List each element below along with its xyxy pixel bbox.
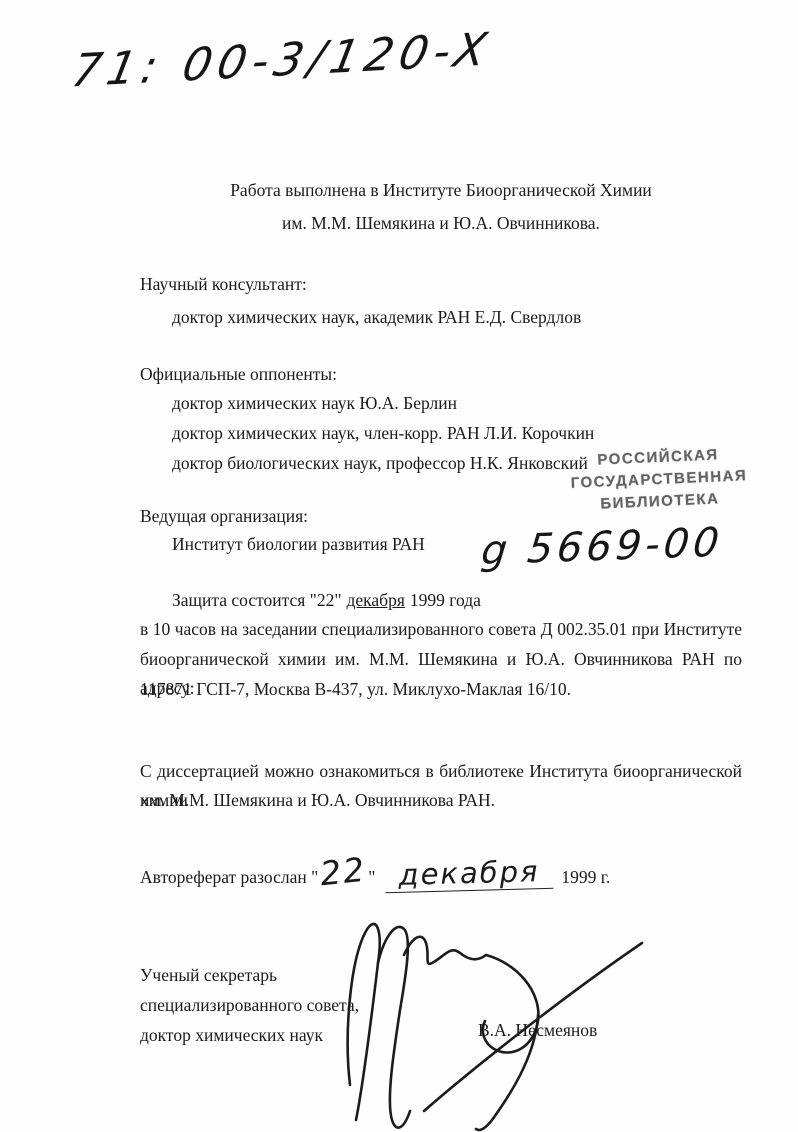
leading-org-heading: Ведущая организация: bbox=[140, 502, 308, 531]
mailed-typed-pre: Автореферат разослан " bbox=[140, 867, 318, 888]
work-performed-line1: Работа выполнена в Институте Биоорганиче… bbox=[140, 176, 742, 205]
consultant-name: доктор химических наук, академик РАН Е.Д… bbox=[172, 303, 581, 332]
defense-paragraph-line: в 10 часов на заседании специализированн… bbox=[140, 615, 742, 644]
defense-date-pre: Защита состоится "22" bbox=[172, 590, 341, 610]
consultant-heading: Научный консультант: bbox=[140, 270, 307, 299]
work-performed-line2: им. М.М. Шемякина и Ю.А. Овчинникова. bbox=[140, 209, 742, 238]
library-note-line: им. М.М. Шемякина и Ю.А. Овчинникова РАН… bbox=[140, 786, 495, 815]
signature-autograph bbox=[320, 915, 650, 1132]
defense-date-post: 1999 года bbox=[410, 590, 481, 610]
defense-address-line: 117871 ГСП-7, Москва В-437, ул. Миклухо-… bbox=[140, 675, 571, 704]
opponent-item: доктор биологических наук, профессор Н.К… bbox=[172, 449, 588, 478]
library-stamp: РОССИЙСКАЯ ГОСУДАРСТВЕННАЯ БИБЛИОТЕКА bbox=[548, 442, 771, 518]
mailed-typed-mid: " bbox=[368, 867, 375, 888]
mailed-date-line: Автореферат разослан " 22 " декабря 1999… bbox=[140, 852, 610, 904]
handwritten-month: декабря bbox=[385, 854, 554, 893]
secretary-line: Ученый секретарь bbox=[140, 961, 277, 990]
secretary-line: доктор химических наук bbox=[140, 1021, 323, 1050]
opponents-heading: Официальные оппоненты: bbox=[140, 360, 337, 389]
handwritten-catalog-number: 71: 00-3/120-X bbox=[68, 22, 497, 98]
handwritten-accession-number: g 5669-00 bbox=[479, 520, 725, 575]
mailed-typed-post: 1999 г. bbox=[561, 867, 610, 888]
opponent-item: доктор химических наук Ю.А. Берлин bbox=[172, 389, 457, 418]
leading-org-name: Институт биологии развития РАН bbox=[172, 530, 425, 559]
defense-date-line: Защита состоится "22"декабря1999 года bbox=[172, 586, 481, 615]
opponent-item: доктор химических наук, член-корр. РАН Л… bbox=[172, 419, 594, 448]
handwritten-day: 22 bbox=[318, 850, 368, 894]
scanned-document-page: 71: 00-3/120-X Работа выполнена в Инстит… bbox=[0, 0, 798, 1132]
defense-date-month: декабря bbox=[346, 590, 404, 610]
